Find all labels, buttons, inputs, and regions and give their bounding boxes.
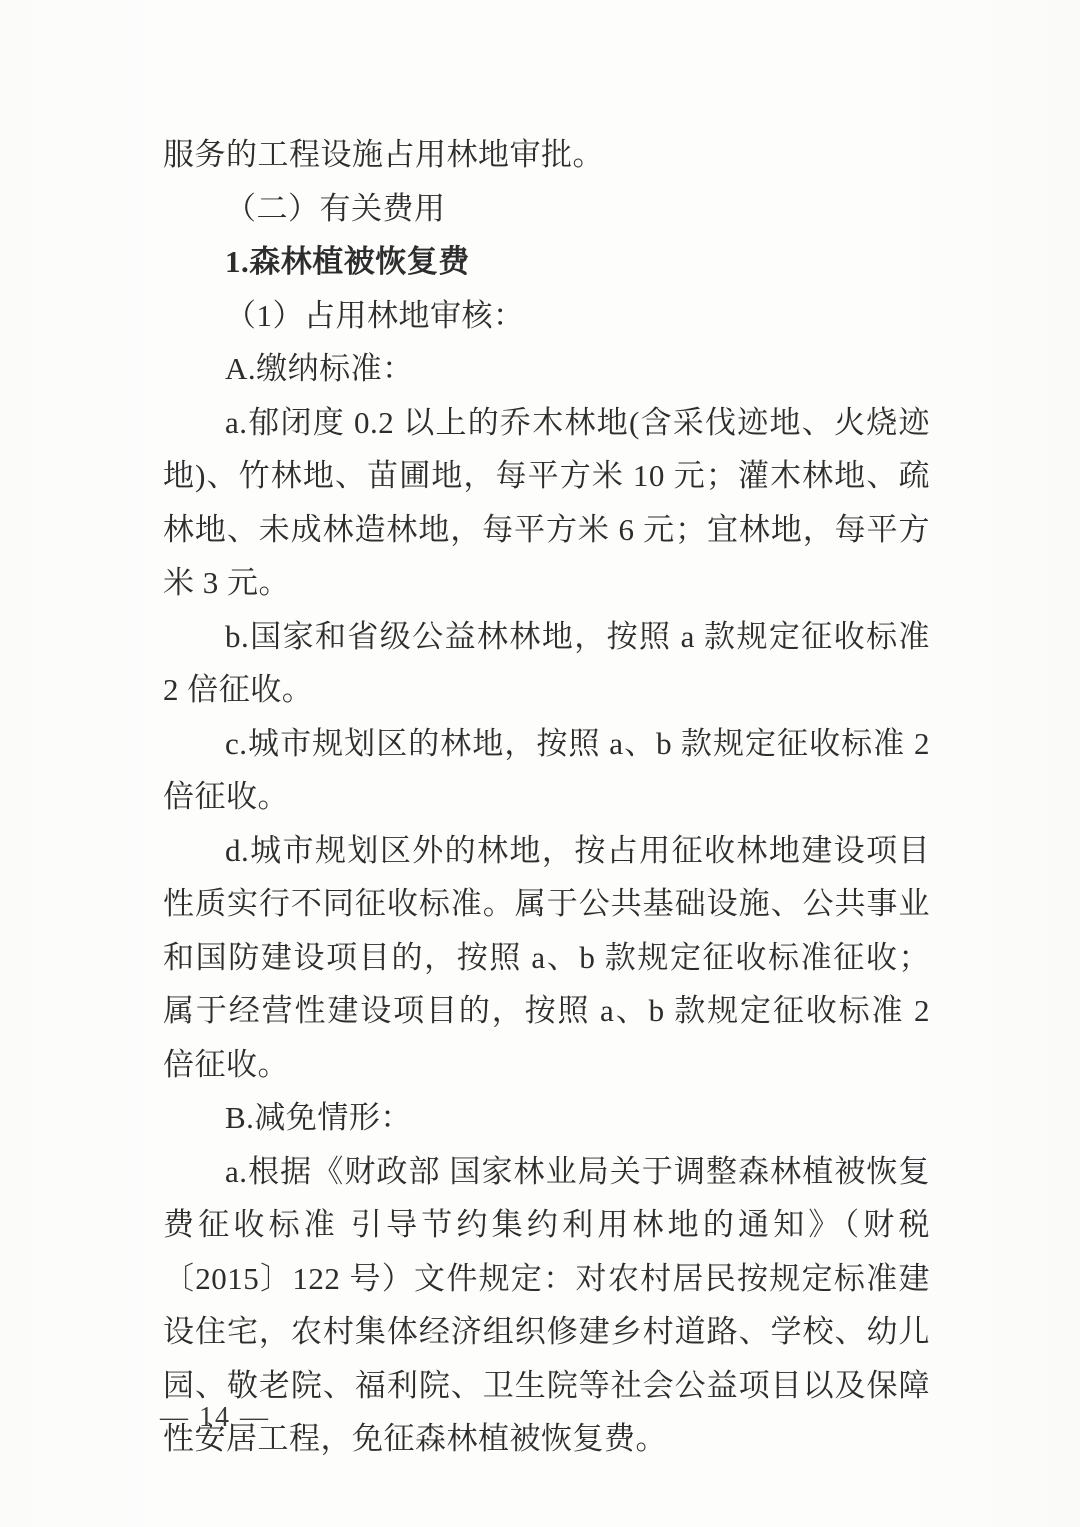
item-heading-exemptions: B.减免情形： — [163, 1091, 930, 1145]
page-number: — 14 — — [160, 1402, 270, 1434]
item-heading-land-use-review: （1）占用林地审核： — [163, 289, 930, 343]
section-heading-fees: （二）有关费用 — [163, 182, 930, 236]
paragraph-standard-b: b.国家和省级公益林林地，按照 a 款规定征收标准 2 倍征收。 — [163, 610, 930, 717]
paragraph-standard-a: a.郁闭度 0.2 以上的乔木林地(含采伐迹地、火烧迹地)、竹林地、苗圃地，每平… — [163, 396, 930, 610]
subsection-heading-forest-restoration-fee: 1.森林植被恢复费 — [163, 235, 930, 289]
document-page: 服务的工程设施占用林地审批。 （二）有关费用 1.森林植被恢复费 （1）占用林地… — [0, 0, 1080, 1527]
paragraph-standard-d: d.城市规划区外的林地，按占用征收林地建设项目性质实行不同征收标准。属于公共基础… — [163, 824, 930, 1092]
paragraph-exemption-a: a.根据《财政部 国家林业局关于调整森林植被恢复费征收标准 引导节约集约利用林地… — [163, 1145, 930, 1466]
paragraph-continuation: 服务的工程设施占用林地审批。 — [163, 128, 930, 182]
paragraph-standard-c: c.城市规划区的林地，按照 a、b 款规定征收标准 2 倍征收。 — [163, 717, 930, 824]
document-body: 服务的工程设施占用林地审批。 （二）有关费用 1.森林植被恢复费 （1）占用林地… — [163, 128, 930, 1466]
item-heading-payment-standard: A.缴纳标准： — [163, 342, 930, 396]
